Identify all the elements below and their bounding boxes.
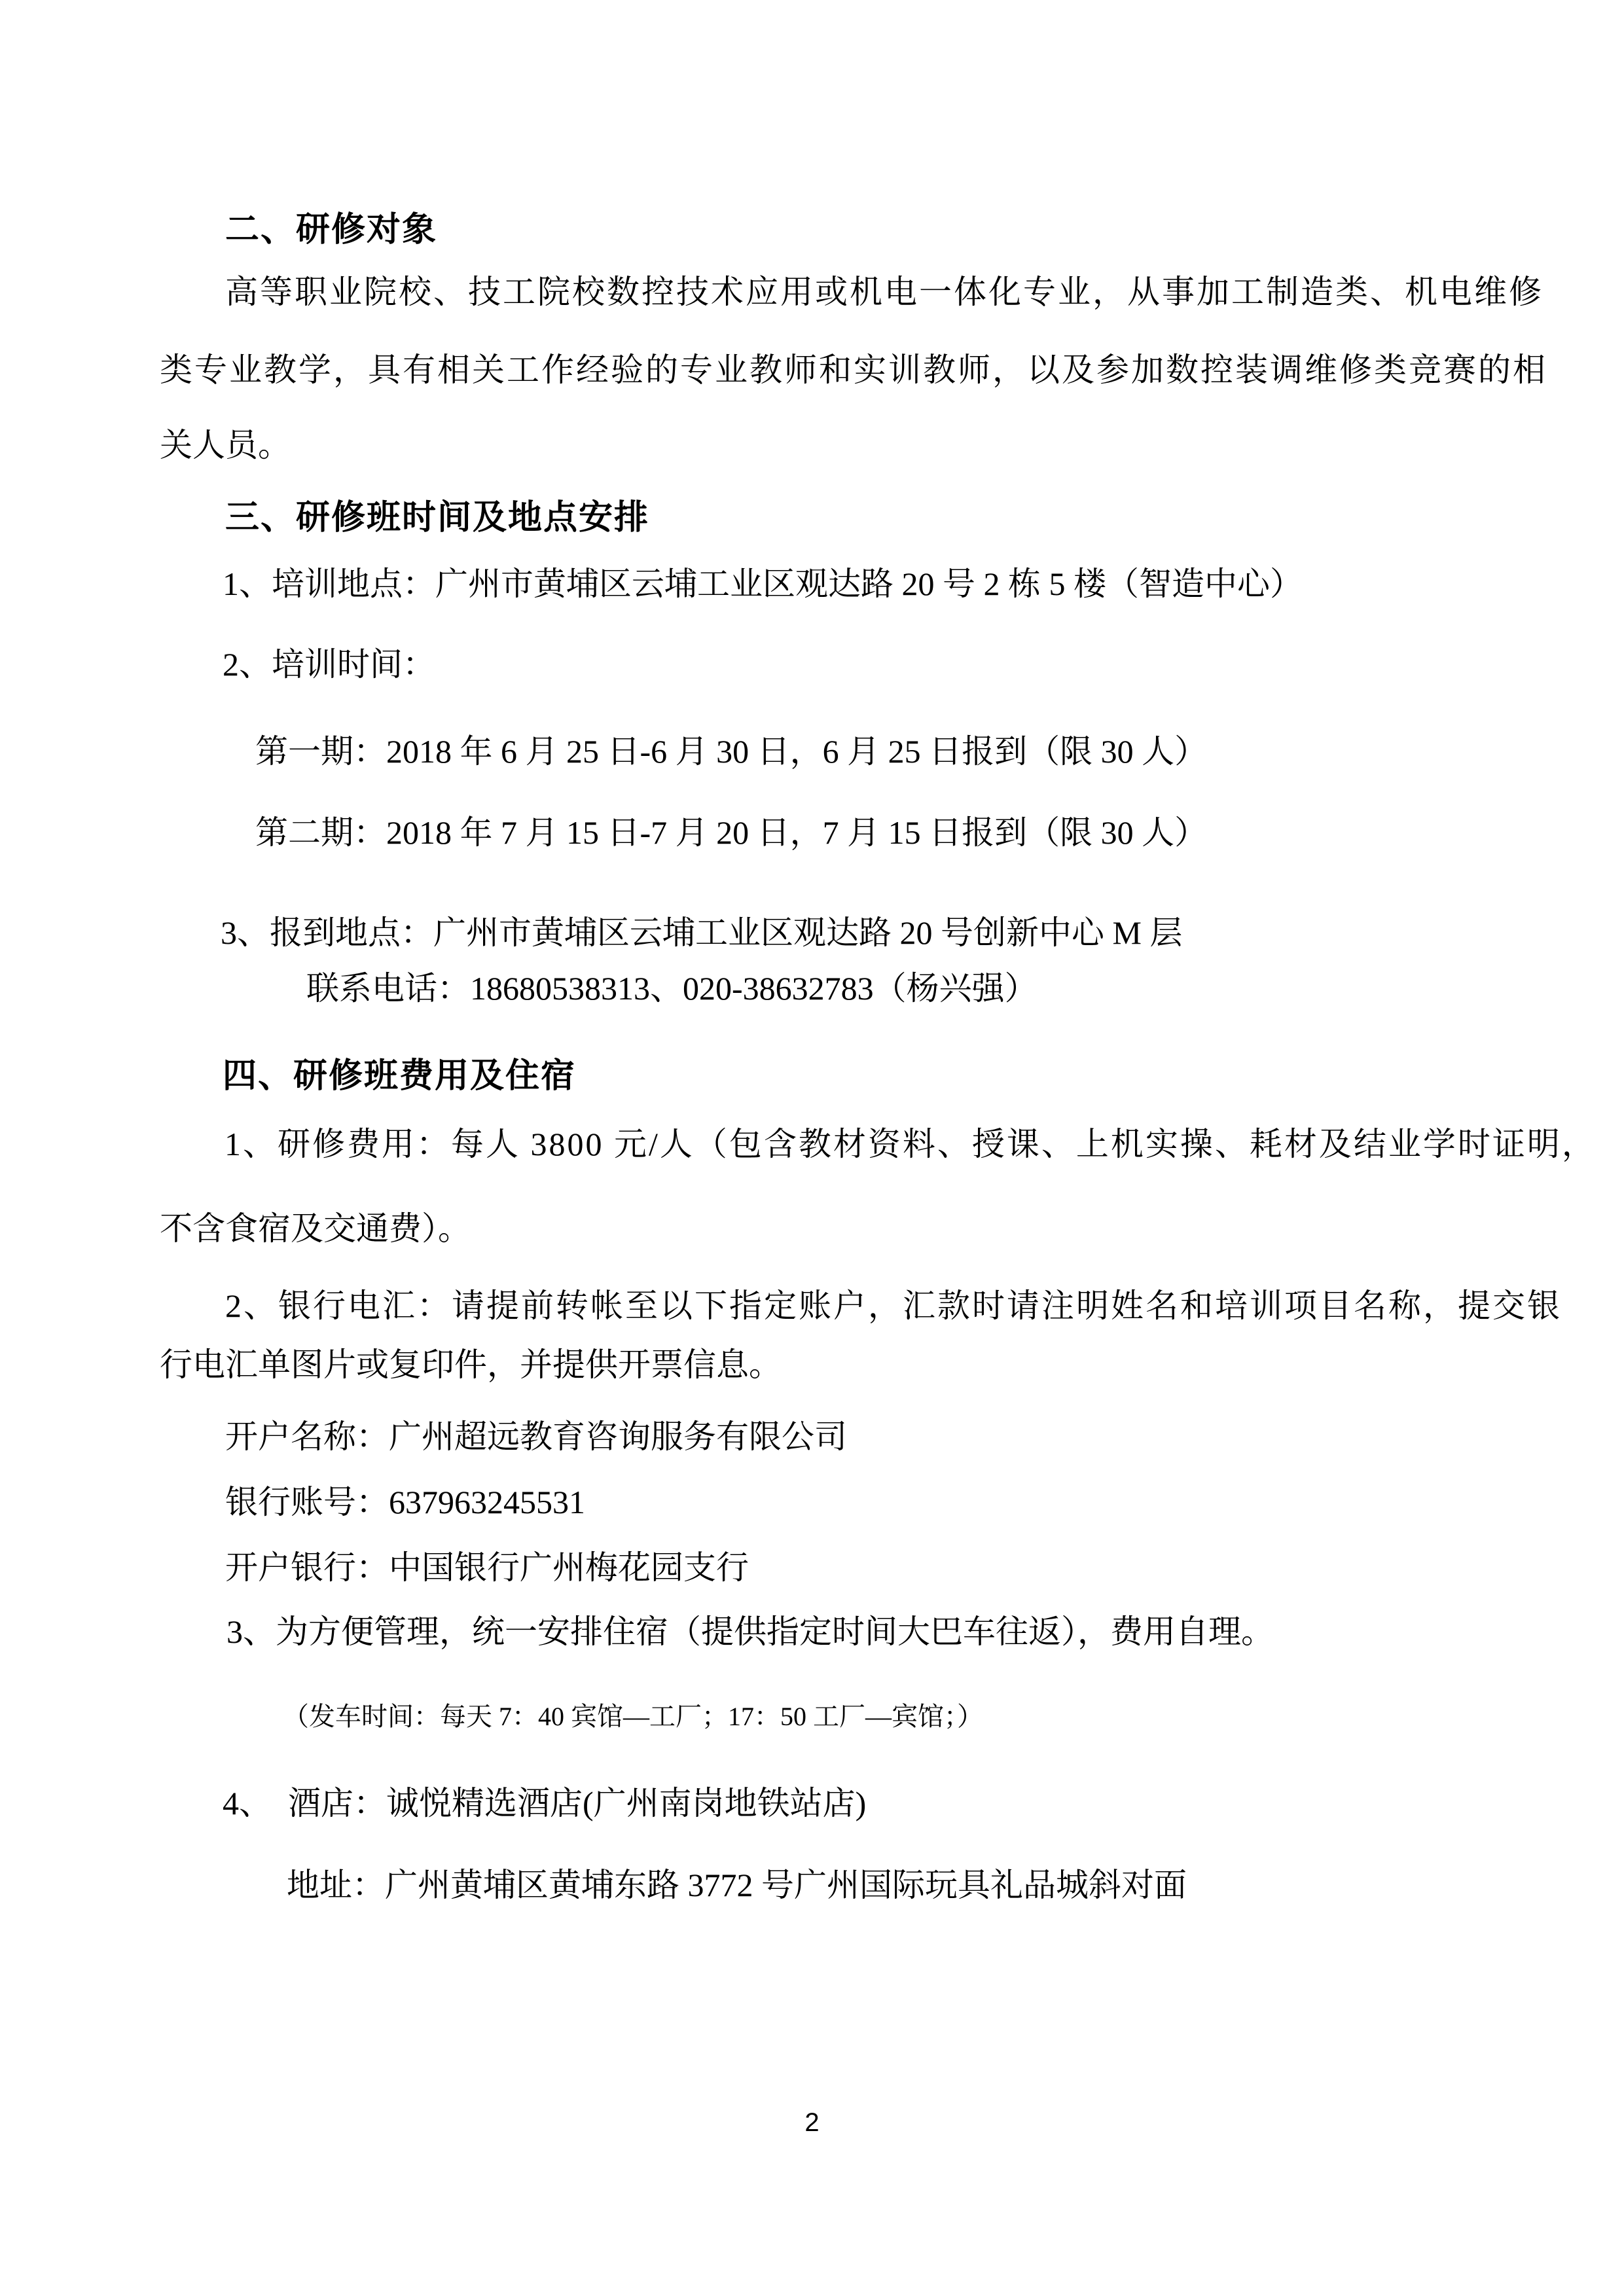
section-heading-time-location: 三、研修班时间及地点安排: [225, 496, 649, 541]
item-accommodation: 3、为方便管理，统一安排住宿（提供指定时间大巴车往返），费用自理。: [226, 1611, 1274, 1653]
document-page: 二、研修对象 高等职业院校、技工院校数控技术应用或机电一体化专业，从事加工制造类…: [0, 0, 1624, 2296]
paragraph-target-line-2: 类专业教学，具有相关工作经验的专业教师和实训教师，以及参加数控装调维修类竞赛的相: [160, 349, 1547, 391]
item-fee-line-2: 不含食宿及交通费）。: [160, 1208, 471, 1250]
item-checkin-location: 3、报到地点：广州市黄埔区云埔工业区观达路 20 号创新中心 M 层: [221, 912, 1182, 954]
paragraph-target-line-1: 高等职业院校、技工院校数控技术应用或机电一体化专业，从事加工制造类、机电维修: [225, 271, 1543, 314]
section-heading-fee-accommodation: 四、研修班费用及住宿: [223, 1054, 576, 1099]
item-bank-transfer-line-1: 2、银行电汇：请提前转帐至以下指定账户，汇款时请注明姓名和培训项目名称，提交银: [225, 1285, 1562, 1327]
item-contact-phone: 联系电话：18680538313、020-38632783（杨兴强）: [306, 967, 1038, 1010]
item-training-time: 2、培训时间：: [223, 643, 435, 686]
item-bank-branch: 开户银行：中国银行广州梅花园支行: [225, 1547, 749, 1589]
section-heading-research-target: 二、研修对象: [225, 208, 437, 253]
item-bank-transfer-line-2: 行电汇单图片或复印件，并提供开票信息。: [160, 1344, 782, 1386]
item-bus-schedule: （发车时间：每天 7：40 宾馆—工厂；17：50 工厂—宾馆；）: [283, 1700, 983, 1734]
page-number: 2: [0, 2106, 1624, 2140]
item-hotel-address: 地址：广州黄埔区黄埔东路 3772 号广州国际玩具礼品城斜对面: [287, 1864, 1187, 1907]
item-account-number: 银行账号：637963245531: [225, 1481, 585, 1524]
item-account-name: 开户名称：广州超远教育咨询服务有限公司: [225, 1416, 847, 1458]
item-training-location: 1、培训地点：广州市黄埔区云埔工业区观达路 20 号 2 栋 5 楼（智造中心）: [223, 563, 1303, 605]
item-session-1: 第一期：2018 年 6 月 25 日-6 月 30 日，6 月 25 日报到（…: [255, 730, 1207, 773]
item-session-2: 第二期：2018 年 7 月 15 日-7 月 20 日，7 月 15 日报到（…: [255, 812, 1207, 854]
item-fee-line-1: 1、研修费用：每人 3800 元/人（包含教材资料、授课、上机实操、耗材及结业学…: [225, 1123, 1597, 1166]
item-hotel: 4、 酒店：诚悦精选酒店(广州南岗地铁站店): [223, 1782, 866, 1825]
paragraph-target-line-3: 关人员。: [160, 424, 291, 467]
